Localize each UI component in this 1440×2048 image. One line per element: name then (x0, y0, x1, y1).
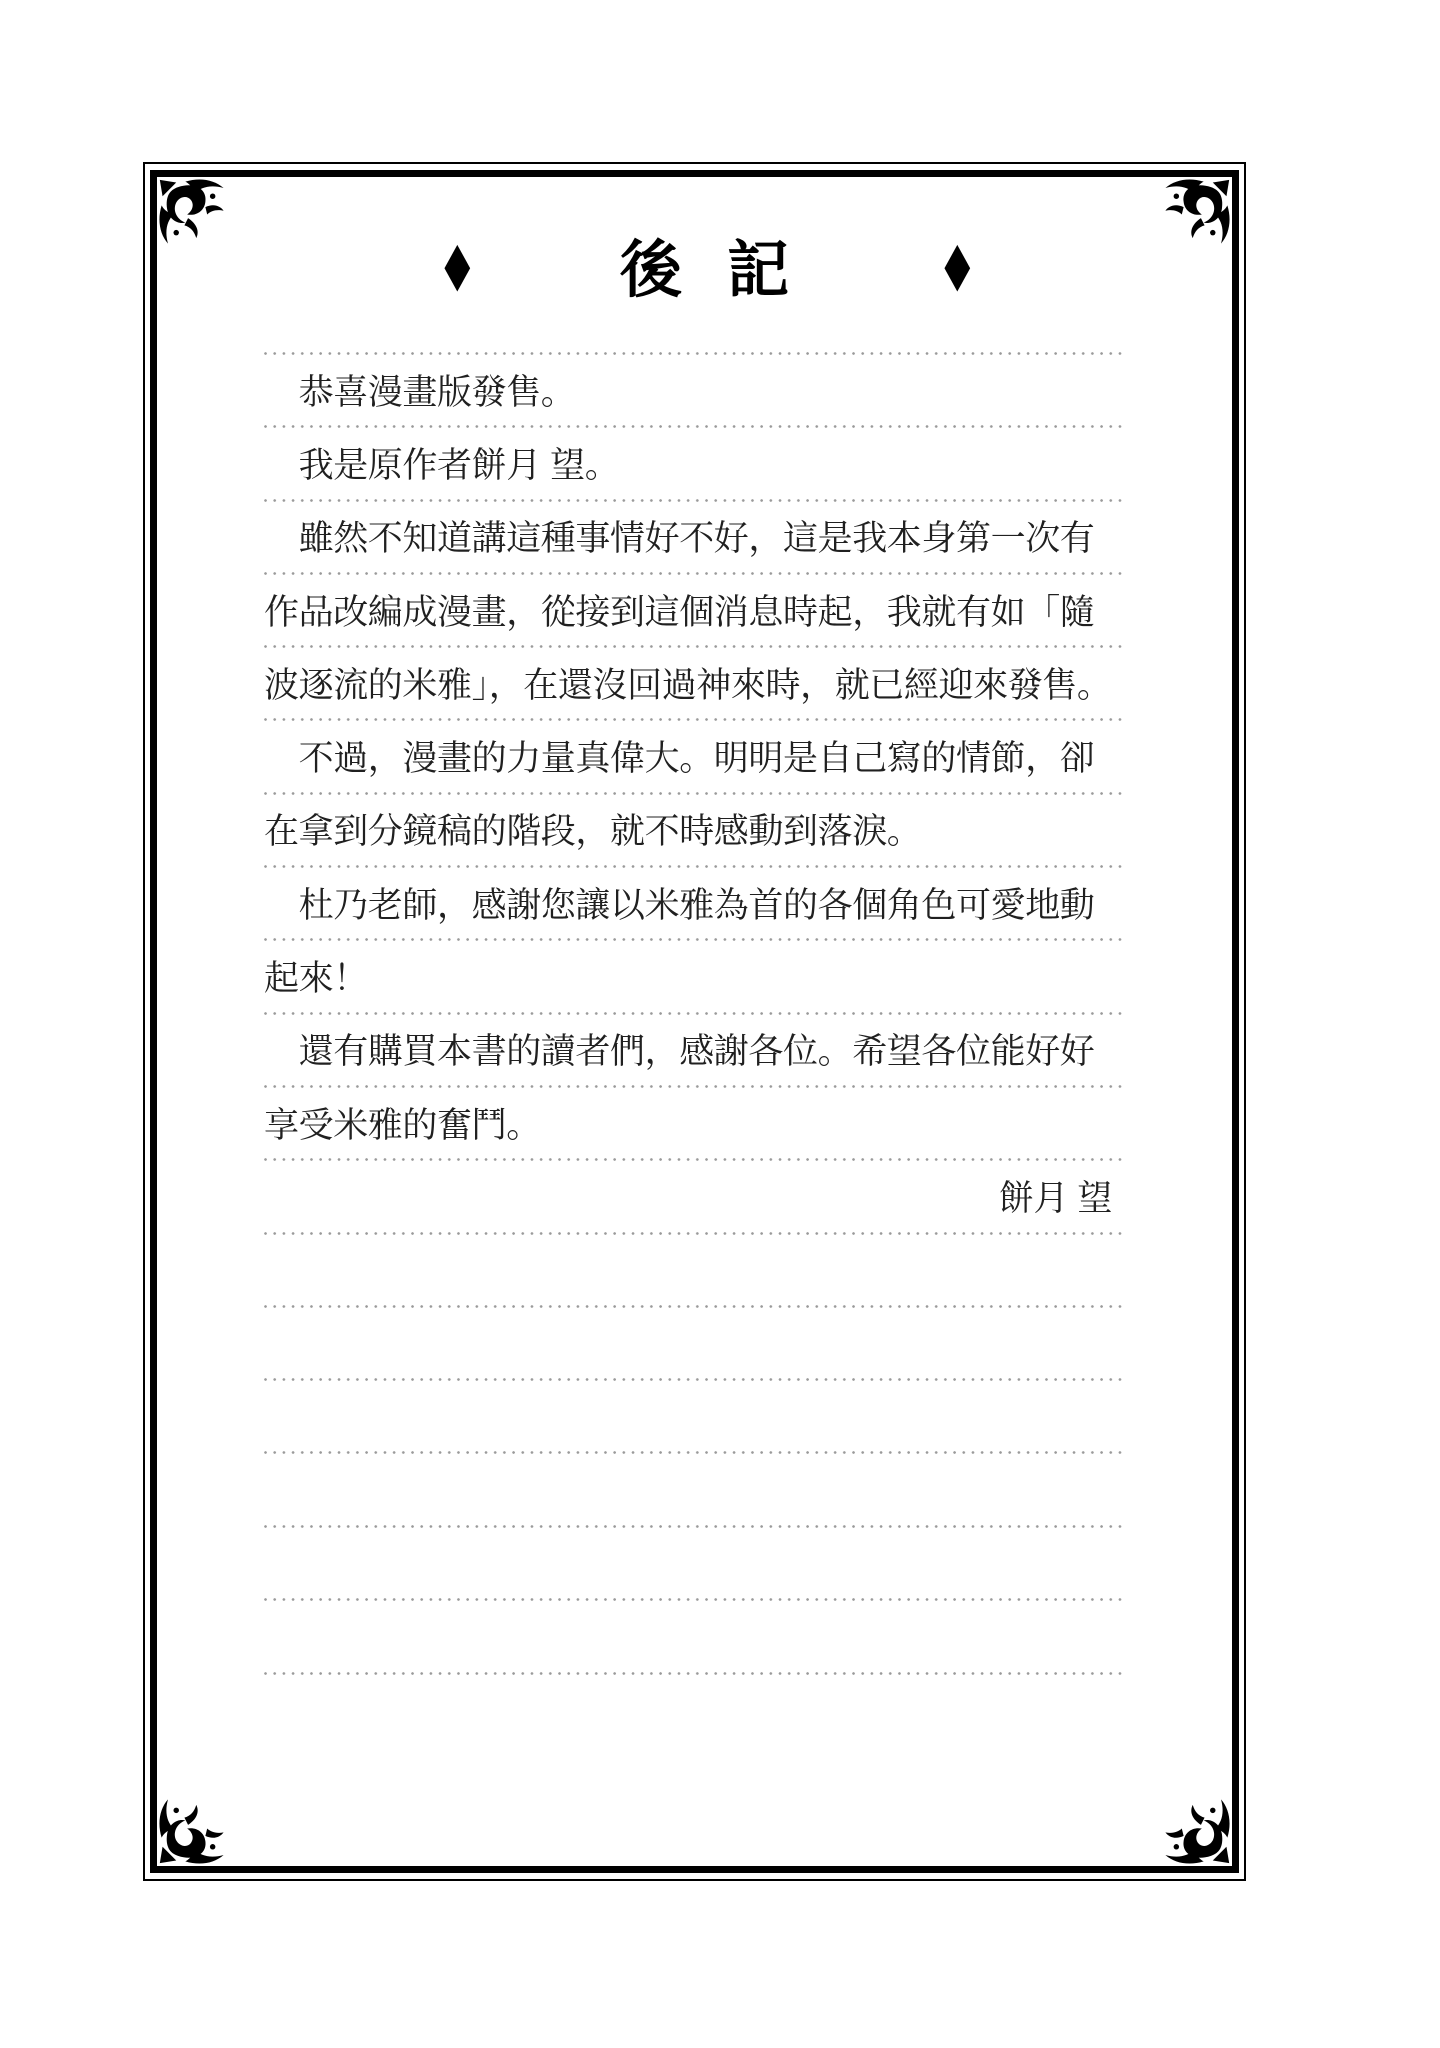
text-line-content: 我是原作者餅月 望。 (264, 438, 619, 488)
text-line: 享受米雅的奮鬥。 (264, 1086, 1124, 1159)
text-line-content: 在拿到分鏡稿的階段，就不時感動到落淚。 (264, 804, 921, 854)
corner-flourish-icon (1149, 1783, 1231, 1865)
text-line: 在拿到分鏡稿的階段，就不時感動到落淚。 (264, 793, 1124, 866)
text-line: 杜乃老師，感謝您讓以米雅為首的各個角色可愛地動 (264, 866, 1124, 939)
text-line: 雖然不知道講這種事情好不好，這是我本身第一次有 (264, 500, 1124, 573)
text-line (264, 1379, 1124, 1452)
text-line-content: 恭喜漫畫版發售。 (264, 365, 575, 415)
text-line (264, 1599, 1124, 1672)
text-line: 恭喜漫畫版發售。 (264, 353, 1124, 426)
afterword-title-row: ◆ 後 記 ◆ (143, 226, 1246, 302)
afterword-text-block: 恭喜漫畫版發售。 我是原作者餅月 望。 雖然不知道講這種事情好不好，這是我本身第… (264, 353, 1124, 1675)
ruled-line (264, 1672, 1124, 1675)
signature-text: 餅月 望 (999, 1171, 1112, 1221)
page-title: 後 記 (620, 220, 795, 309)
text-line-content: 作品改編成漫畫，從接到這個消息時起，我就有如「隨 (264, 585, 1094, 635)
text-line-content: 還有購買本書的讀者們，感謝各位。希望各位能好好 (264, 1024, 1094, 1074)
text-line-content: 雖然不知道講這種事情好不好，這是我本身第一次有 (264, 511, 1094, 561)
text-line (264, 1306, 1124, 1379)
text-line-content: 波逐流的米雅」，在還沒回過神來時，就已經迎來發售。 (264, 658, 1112, 708)
text-line: 波逐流的米雅」，在還沒回過神來時，就已經迎來發售。 (264, 646, 1124, 719)
text-line: 還有購買本書的讀者們，感謝各位。希望各位能好好 (264, 1013, 1124, 1086)
text-line-content: 不過，漫畫的力量真偉大。明明是自己寫的情節，卻 (264, 731, 1094, 781)
text-line: 起來！ (264, 939, 1124, 1012)
text-line-content: 享受米雅的奮鬥。 (264, 1098, 541, 1148)
diamond-icon: ◆ (944, 234, 970, 295)
signature-line: 餅月 望 (264, 1159, 1124, 1232)
text-line (264, 1452, 1124, 1525)
text-line: 作品改編成漫畫，從接到這個消息時起，我就有如「隨 (264, 573, 1124, 646)
text-line (264, 1233, 1124, 1306)
text-line: 不過，漫畫的力量真偉大。明明是自己寫的情節，卻 (264, 719, 1124, 792)
text-line-content: 杜乃老師，感謝您讓以米雅為首的各個角色可愛地動 (264, 878, 1094, 928)
corner-flourish-icon (158, 1783, 240, 1865)
text-line: 我是原作者餅月 望。 (264, 426, 1124, 499)
diamond-icon: ◆ (445, 234, 471, 295)
text-line-content: 起來！ (264, 951, 368, 1001)
text-line (264, 1526, 1124, 1599)
